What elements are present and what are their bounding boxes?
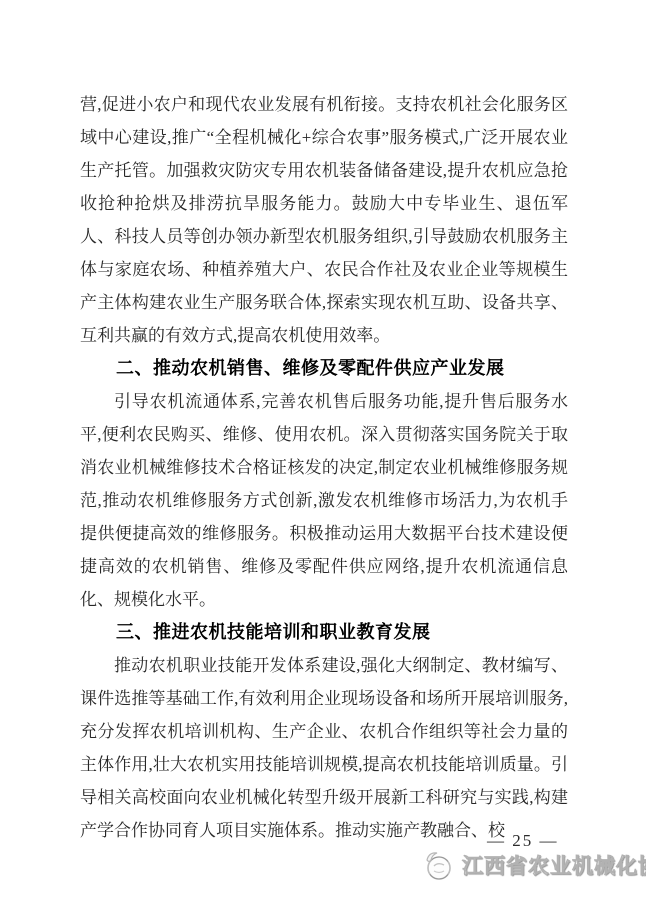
document-page: 营,促进小农户和现代农业发展有机衔接。支持农机社会化服务区域中心建设,推广“全程… (0, 0, 646, 899)
section-3-paragraph: 推动农机职业技能开发体系建设,强化大纲制定、教材编写、课件选推等基础工作,有效利… (80, 649, 568, 847)
section-2-heading: 二、推动农机销售、维修及零配件供应产业发展 (80, 352, 568, 385)
section-2-paragraph: 引导农机流通体系,完善农机售后服务功能,提升售后服务水平,便利农民购买、维修、使… (80, 385, 568, 616)
association-watermark: 江西省农业机械化协会 (421, 848, 646, 882)
section-3-heading: 三、推进农机技能培训和职业教育发展 (80, 616, 568, 649)
association-watermark-text: 江西省农业机械化协会 (462, 850, 646, 880)
association-emblem-icon (421, 848, 455, 882)
paragraph-continuation: 营,促进小农户和现代农业发展有机衔接。支持农机社会化服务区域中心建设,推广“全程… (80, 88, 568, 352)
document-body: 营,促进小农户和现代农业发展有机衔接。支持农机社会化服务区域中心建设,推广“全程… (80, 88, 568, 847)
